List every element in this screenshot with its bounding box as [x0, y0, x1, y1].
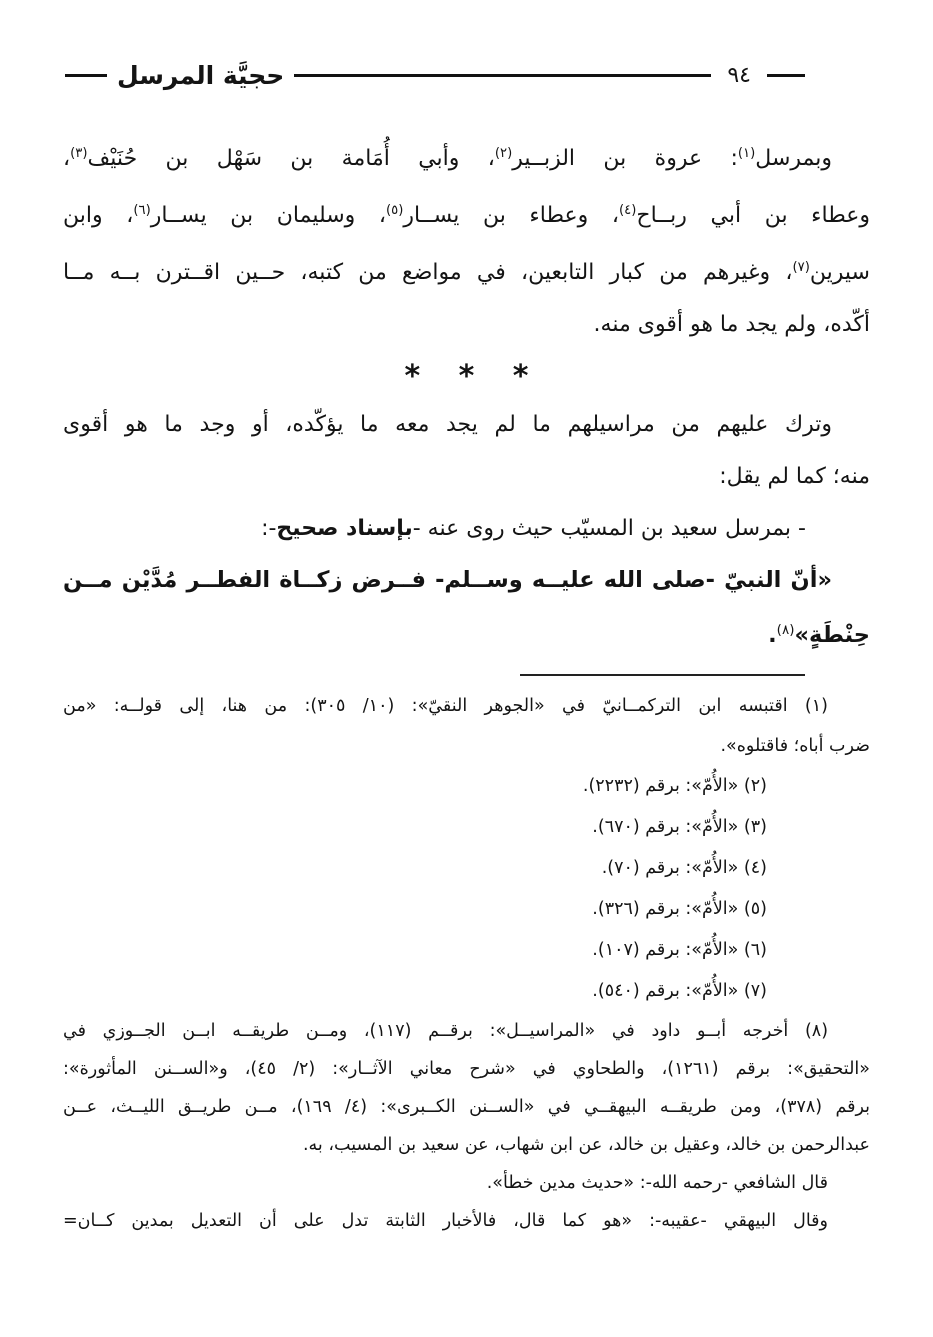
- footnote-line: عبدالرحمن بن خالد، وعقيل بن خالد، عن ابن…: [63, 1126, 870, 1164]
- text-segment: وبمرسل: [755, 146, 832, 171]
- body-line: وبمرسل(١): عروة بن الزبــير(٢)، وأبي أُم…: [63, 128, 870, 185]
- footnotes: (١) اقتبسه ابن التركمــانيّ في «الجوهر ا…: [63, 686, 870, 1240]
- hadith-quote: «أنّ النبيّ -صلى الله عليــه وســلم- فــ…: [63, 555, 870, 660]
- text-segment: (١) اقتبسه ابن التركمــانيّ في «الجوهر ا…: [63, 696, 828, 716]
- footnote-6: (٦) «الأُمّ»: برقم (١٠٧).: [63, 930, 767, 971]
- page-number: ٩٤: [725, 63, 753, 88]
- page-header: حجيَّة المرسل ٩٤: [65, 56, 805, 94]
- footnote-line: «التحقيق»: برقم (١٢٦١)، والطحاوي في «شرح…: [63, 1050, 870, 1088]
- footnote-ref: (٣): [70, 146, 87, 161]
- text-segment: سيرين: [810, 260, 870, 285]
- body-line: سيرين(٧)، وغيرهم من كبار التابعين، في مو…: [63, 242, 870, 299]
- hadith-line: «أنّ النبيّ -صلى الله عليــه وســلم- فــ…: [63, 555, 870, 605]
- text-segment: بإسناد صحيح: [276, 516, 412, 541]
- footnote-4: (٤) «الأُمّ»: برقم (٧٠).: [63, 848, 767, 889]
- header-rule: [294, 74, 711, 77]
- body-line: وترك عليهم من مراسيلهم ما لم يجد معه ما …: [63, 399, 870, 451]
- main-text: وبمرسل(١): عروة بن الزبــير(٢)، وأبي أُم…: [63, 128, 870, 660]
- header-dash-start: [65, 74, 107, 77]
- footnote-1: (١) اقتبسه ابن التركمــانيّ في «الجوهر ا…: [63, 686, 870, 766]
- text-segment: حِنْطَةٍ»: [795, 622, 871, 648]
- footnote-divider: [520, 674, 805, 676]
- text-segment: منه؛ كما لم يقل:: [719, 464, 870, 489]
- text-segment: عبدالرحمن بن خالد، وعقيل بن خالد، عن ابن…: [303, 1135, 870, 1155]
- footnote-line: (٨) أخرجه أبــو داود في «المراسيــل»: بر…: [63, 1012, 870, 1050]
- hadith-line: حِنْطَةٍ»(٨).: [63, 605, 870, 660]
- text-segment: أكّده، ولم يجد ما هو أقوى منه.: [594, 312, 870, 337]
- footnote-line: وقال البيهقي -عقيبه-: «هو كما قال، فالأخ…: [63, 1202, 870, 1240]
- footnote-ref: (٥): [386, 203, 403, 218]
- text-segment: -:: [261, 516, 276, 541]
- text-segment: .: [768, 622, 777, 648]
- footnote-ref: (٢): [495, 146, 512, 161]
- text-segment: قال الشافعي -رحمه الله-: «حديث مدين خطأ»…: [487, 1173, 828, 1193]
- body-line: أكّده، ولم يجد ما هو أقوى منه.: [63, 299, 870, 351]
- footnote-ref: (٨): [777, 622, 795, 638]
- footnote-line: قال الشافعي -رحمه الله-: «حديث مدين خطأ»…: [63, 1164, 870, 1202]
- text-segment: ، وسليمان بن يســار: [151, 203, 386, 228]
- footnote-line: ضرب أباه؛ فاقتلوه».: [63, 726, 870, 766]
- text-segment: - بمرسل سعيد بن المسيّب حيث روى عنه -: [413, 516, 806, 541]
- section-separator: * * *: [63, 355, 870, 399]
- page-title: حجيَّة المرسل: [113, 61, 288, 90]
- paragraph-mursal-said: - بمرسل سعيد بن المسيّب حيث روى عنه -بإس…: [63, 503, 870, 555]
- text-segment: ، وعطاء بن يســار: [403, 203, 619, 228]
- footnote-7: (٧) «الأُمّ»: برقم (٥٤٠).: [63, 971, 767, 1012]
- header-dash-end: [767, 74, 805, 77]
- text-segment: (٧) «الأُمّ»: برقم (٥٤٠).: [592, 981, 767, 1001]
- paragraph-tark-marasil: وترك عليهم من مراسيلهم ما لم يجد معه ما …: [63, 399, 870, 503]
- text-segment: «أنّ النبيّ -صلى الله عليــه وســلم- فــ…: [63, 567, 832, 593]
- page-content: وبمرسل(١): عروة بن الزبــير(٢)، وأبي أُم…: [63, 128, 870, 1240]
- text-segment: (٦) «الأُمّ»: برقم (١٠٧).: [592, 940, 767, 960]
- footnote-ref: (٤): [619, 203, 636, 218]
- body-line: - بمرسل سعيد بن المسيّب حيث روى عنه -بإس…: [63, 503, 870, 555]
- footnote-line: برقم (٣٧٨)، ومن طريقــه البيهقــي في «ال…: [63, 1088, 870, 1126]
- text-segment: وعطاء بن أبي ربــاح: [636, 203, 870, 228]
- footnote-2: (٢) «الأُمّ»: برقم (٢٢٣٢).: [63, 766, 767, 807]
- text-segment: وترك عليهم من مراسيلهم ما لم يجد معه ما …: [63, 412, 832, 437]
- text-segment: (٥) «الأُمّ»: برقم (٣٢٦).: [592, 899, 767, 919]
- text-segment: : عروة بن الزبــير: [512, 146, 738, 171]
- text-segment: ، وغيرهم من كبار التابعين، في مواضع من ك…: [63, 260, 793, 285]
- text-segment: ضرب أباه؛ فاقتلوه».: [720, 736, 870, 756]
- text-segment: وقال البيهقي -عقيبه-: «هو كما قال، فالأخ…: [63, 1211, 828, 1231]
- paragraph-mursal-narrators: وبمرسل(١): عروة بن الزبــير(٢)، وأبي أُم…: [63, 128, 870, 351]
- footnote-ref: (٧): [793, 260, 810, 275]
- body-line: وعطاء بن أبي ربــاح(٤)، وعطاء بن يســار(…: [63, 185, 870, 242]
- text-segment: (٢) «الأُمّ»: برقم (٢٢٣٢).: [583, 776, 767, 796]
- footnote-5: (٥) «الأُمّ»: برقم (٣٢٦).: [63, 889, 767, 930]
- text-segment: (٣) «الأُمّ»: برقم (٦٧٠).: [592, 817, 767, 837]
- footnote-ref: (٦): [133, 203, 150, 218]
- text-segment: ، وأبي أُمَامة بن سَهْل بن حُنَيْف: [88, 146, 495, 171]
- body-line: منه؛ كما لم يقل:: [63, 451, 870, 503]
- text-segment: (٤) «الأُمّ»: برقم (٧٠).: [602, 858, 767, 878]
- text-segment: ، وابن: [63, 203, 133, 228]
- footnote-3: (٣) «الأُمّ»: برقم (٦٧٠).: [63, 807, 767, 848]
- page: حجيَّة المرسل ٩٤ وبمرسل(١): عروة بن الزب…: [0, 0, 933, 1337]
- text-segment: «التحقيق»: برقم (١٢٦١)، والطحاوي في «شرح…: [63, 1059, 870, 1079]
- text-segment: (٨) أخرجه أبــو داود في «المراسيــل»: بر…: [63, 1021, 828, 1041]
- footnote-line: (١) اقتبسه ابن التركمــانيّ في «الجوهر ا…: [63, 686, 870, 726]
- text-segment: برقم (٣٧٨)، ومن طريقــه البيهقــي في «ال…: [63, 1097, 870, 1117]
- footnote-8: (٨) أخرجه أبــو داود في «المراسيــل»: بر…: [63, 1012, 870, 1240]
- footnote-ref: (١): [738, 146, 755, 161]
